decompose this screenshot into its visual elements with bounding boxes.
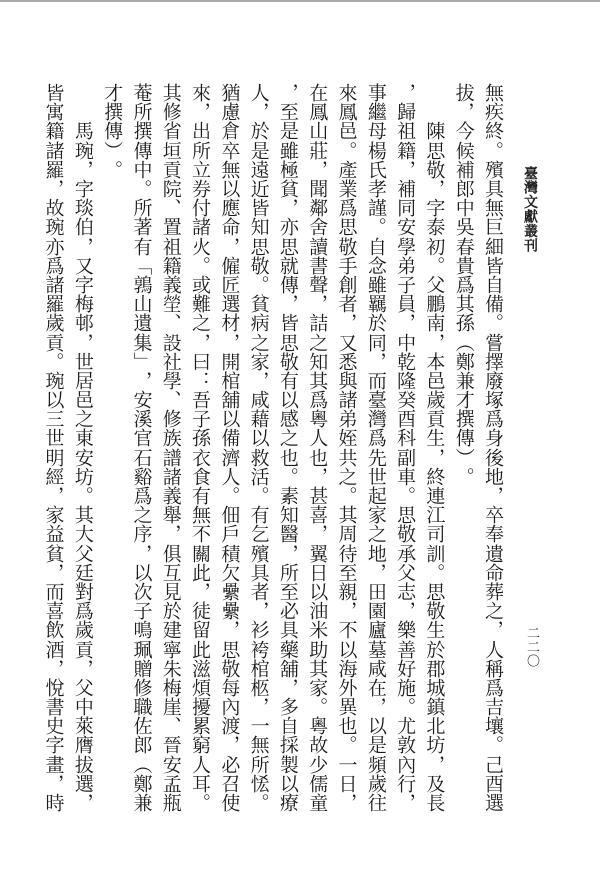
character: 鄭 (448, 352, 477, 371)
character: ， (419, 332, 448, 351)
character: 本 (419, 352, 448, 371)
character: 救 (243, 448, 272, 467)
character: 傳 (448, 428, 477, 447)
character: 書 (38, 697, 67, 716)
character: 殯 (478, 160, 507, 179)
character: 敬 (214, 659, 243, 678)
character: 貢 (38, 332, 67, 351)
character: 珮 (126, 639, 155, 658)
character: 少 (302, 755, 331, 774)
character: 與 (331, 371, 360, 390)
character: ， (361, 563, 390, 582)
character: ， (390, 313, 419, 332)
character: 家 (243, 352, 272, 371)
character: 產 (331, 160, 360, 179)
character: 敦 (390, 735, 419, 754)
character: 爲 (302, 390, 331, 409)
character: 藉 (243, 409, 272, 428)
character: 晉 (155, 735, 184, 754)
character: 悉 (331, 352, 360, 371)
character: 備 (478, 294, 507, 313)
character: 。 (331, 141, 360, 160)
character: 皆 (478, 256, 507, 275)
character: 羅 (38, 160, 67, 179)
character: 歲 (68, 620, 97, 639)
character: 待 (331, 544, 360, 563)
character: 巨 (478, 217, 507, 236)
character: 飲 (38, 620, 67, 639)
character: 補 (390, 179, 419, 198)
character: 病 (243, 313, 272, 332)
character: 匠 (214, 275, 243, 294)
character: 皆 (38, 83, 67, 102)
character: 不 (185, 524, 214, 543)
character: ， (185, 332, 214, 351)
character: 著 (126, 217, 155, 236)
character: 寧 (155, 639, 184, 658)
character: 之 (331, 467, 360, 486)
character: 灣 (361, 409, 390, 428)
character: 田 (361, 582, 390, 601)
character: 坊 (68, 467, 97, 486)
character: 翼 (302, 544, 331, 563)
character: 貢 (68, 639, 97, 658)
character: 葬 (478, 582, 507, 601)
character: 琰 (68, 198, 97, 217)
character: 候 (448, 141, 477, 160)
character: 奉 (478, 524, 507, 543)
character: 訓 (419, 544, 448, 563)
character: 敬 (419, 160, 448, 179)
text-column: 陳思敬，字泰初。父鵬南，本邑歲貢生，終連江司訓。思敬生於郡城鎮北坊，及長 (419, 83, 448, 813)
character: 以 (243, 428, 272, 447)
character: 初 (419, 237, 448, 256)
character: 思 (419, 582, 448, 601)
character: 拔 (448, 83, 477, 102)
character: 春 (448, 237, 477, 256)
character: 三 (38, 409, 67, 428)
character: 弟 (331, 409, 360, 428)
character: 山 (126, 294, 155, 313)
character: 邑 (331, 121, 360, 140)
character: 故 (302, 735, 331, 754)
character: 具 (243, 563, 272, 582)
character: 司 (419, 524, 448, 543)
character: 而 (38, 582, 67, 601)
character: 乾 (390, 352, 419, 371)
character: 諸 (185, 217, 214, 236)
character: 鵬 (419, 294, 448, 313)
text-column: 猶慮倉卒無以應命，僱匠選材，開棺舖以備濟人。佃戶積欠纍纍，思敬每內渡，必召使 (214, 83, 243, 813)
character: 。 (185, 256, 214, 275)
character: 籍 (155, 256, 184, 275)
character: 、 (155, 313, 184, 332)
character: 其 (331, 505, 360, 524)
character: 亦 (273, 217, 302, 236)
character: 開 (214, 352, 243, 371)
character: 萊 (68, 716, 97, 735)
character: ， (68, 160, 97, 179)
character: 族 (155, 428, 184, 447)
character: 省 (155, 121, 184, 140)
character: 人 (214, 467, 243, 486)
character: 。 (331, 486, 360, 505)
character: 母 (361, 121, 390, 140)
character: 喜 (38, 601, 67, 620)
character: ， (38, 774, 67, 793)
character: 。 (97, 160, 126, 179)
character: 塚 (478, 390, 507, 409)
character: 泰 (419, 217, 448, 236)
character: 佃 (214, 505, 243, 524)
character: 以 (331, 639, 360, 658)
character: 其 (68, 505, 97, 524)
character: 郎 (448, 179, 477, 198)
character: 琬 (38, 217, 67, 236)
character: 人 (478, 639, 507, 658)
character: 也 (302, 448, 331, 467)
character: 自 (478, 275, 507, 294)
character: 欠 (214, 563, 243, 582)
character: 而 (361, 371, 390, 390)
character: 貢 (419, 409, 448, 428)
character: 往 (361, 793, 390, 812)
character: 終 (419, 467, 448, 486)
character: ， (302, 160, 331, 179)
text-column: 皆寓籍諸羅，故琬亦爲諸羅歲貢。琬以三世明經，家益貧，而喜飲酒，悅書史字畫，時 (38, 83, 67, 813)
character: 、 (155, 390, 184, 409)
character: 素 (273, 486, 302, 505)
character: 戶 (214, 524, 243, 543)
character: 纍 (214, 582, 243, 601)
character: 油 (302, 601, 331, 620)
character: （ (126, 755, 155, 774)
character: 知 (243, 217, 272, 236)
character: 家 (302, 678, 331, 697)
character: 孫 (185, 428, 214, 447)
character: 舖 (273, 659, 302, 678)
character: 鳳 (302, 102, 331, 121)
character: 卒 (478, 505, 507, 524)
character: 石 (126, 448, 155, 467)
character: 疾 (478, 102, 507, 121)
character: 廬 (361, 620, 390, 639)
character: 廢 (478, 371, 507, 390)
character: 安 (126, 390, 155, 409)
character: ， (68, 332, 97, 351)
character: 所 (243, 755, 272, 774)
character: 敬 (419, 601, 448, 620)
character: 爲 (38, 256, 67, 275)
character: ， (331, 793, 360, 812)
character: 乞 (243, 524, 272, 543)
character: 棺 (214, 371, 243, 390)
character: 備 (214, 428, 243, 447)
character: 吉 (478, 697, 507, 716)
character: 其 (302, 371, 331, 390)
character: ， (419, 448, 448, 467)
character: 舖 (214, 390, 243, 409)
character: 命 (478, 563, 507, 582)
character: ， (185, 102, 214, 121)
character: 祖 (390, 121, 419, 140)
character: 共 (331, 448, 360, 467)
text-column: 才撰傳）。 (97, 83, 126, 813)
text-column: 其修省垣貢院、置祖籍義塋、設社學、修族譜諸義舉，俱互見於建寧朱梅崖、晉安孟瓶 (155, 83, 184, 813)
character: 中 (68, 697, 97, 716)
character: 。 (185, 793, 214, 812)
running-head-title: 臺灣文獻叢刊 (521, 166, 539, 252)
character: 墓 (361, 639, 390, 658)
character: 。 (302, 697, 331, 716)
character: 序 (126, 524, 155, 543)
character: 極 (273, 160, 302, 179)
character: 纍 (214, 601, 243, 620)
character: 一 (243, 716, 272, 735)
character: 此 (185, 563, 214, 582)
character: 同 (390, 198, 419, 217)
character: ， (448, 102, 477, 121)
character: 及 (419, 774, 448, 793)
character: 材 (214, 313, 243, 332)
character: 。 (68, 486, 97, 505)
character: 雖 (361, 275, 390, 294)
character: 每 (214, 678, 243, 697)
character: 殯 (243, 544, 272, 563)
character: 之 (302, 332, 331, 351)
character: 其 (155, 83, 184, 102)
character: 諸 (38, 275, 67, 294)
character: 耳 (185, 774, 214, 793)
character: 有 (273, 371, 302, 390)
character: 於 (419, 639, 448, 658)
character: 己 (478, 755, 507, 774)
character: 羈 (361, 294, 390, 313)
character: 以 (38, 390, 67, 409)
character: ， (243, 601, 272, 620)
character: ， (243, 371, 272, 390)
character: 使 (214, 793, 243, 812)
text-column: ，歸祖籍，補同安學弟子員，中乾隆癸酉科副車。思敬承父志，樂善好施。尤敦內行， (390, 83, 419, 813)
character: 難 (185, 294, 214, 313)
character: 鳳 (331, 102, 360, 121)
character: 是 (243, 141, 272, 160)
character: 地 (361, 544, 390, 563)
character: 創 (331, 275, 360, 294)
character: 字 (38, 735, 67, 754)
character: 谿 (126, 467, 155, 486)
character: 施 (390, 678, 419, 697)
character: 同 (361, 332, 390, 351)
character: 其 (302, 659, 331, 678)
character: 職 (126, 697, 155, 716)
character: 爲 (478, 409, 507, 428)
character: 所 (273, 563, 302, 582)
character: 子 (390, 275, 419, 294)
character: 此 (185, 639, 214, 658)
character: 世 (38, 428, 67, 447)
character: 日 (331, 774, 360, 793)
character: 選 (214, 294, 243, 313)
character: 廷 (68, 563, 97, 582)
character: 建 (155, 620, 184, 639)
character: 益 (38, 524, 67, 543)
character: 粵 (302, 409, 331, 428)
character: 梅 (155, 678, 184, 697)
character: ） (97, 141, 126, 160)
character: 陳 (419, 121, 448, 140)
character: 科 (390, 428, 419, 447)
character: ， (38, 486, 67, 505)
character: 對 (68, 582, 97, 601)
character: 遠 (243, 160, 272, 179)
character: 「 (126, 256, 155, 275)
character: 之 (243, 332, 272, 351)
character: ， (214, 237, 243, 256)
character: 貢 (155, 160, 184, 179)
character: 隆 (390, 371, 419, 390)
character: 貧 (243, 294, 272, 313)
character: 事 (361, 83, 390, 102)
character: 一 (331, 755, 360, 774)
character: 擇 (478, 352, 507, 371)
character: 兼 (126, 793, 155, 812)
character: 舍 (302, 217, 331, 236)
character: 無 (243, 735, 272, 754)
character: 字 (419, 198, 448, 217)
character: 家 (361, 505, 390, 524)
character: 生 (419, 620, 448, 639)
character: 療 (273, 793, 302, 812)
character: 遺 (126, 313, 155, 332)
character: 員 (390, 294, 419, 313)
character: ， (273, 678, 302, 697)
character: ， (478, 620, 507, 639)
character: ） (448, 448, 477, 467)
character: 人 (185, 755, 214, 774)
character: 窮 (185, 735, 214, 754)
character: 梅 (68, 294, 97, 313)
character: 關 (185, 544, 214, 563)
character: 人 (302, 428, 331, 447)
character: 猶 (214, 83, 243, 102)
vertical-text-body: 無疾終。殯具無巨細皆自備。嘗擇廢塚爲身後地，卒奉遺命葬之，人稱爲吉壤。己酉選 拔… (38, 83, 507, 823)
character: 柩 (243, 678, 272, 697)
character: 義 (155, 275, 184, 294)
character: 籍 (38, 121, 67, 140)
character: 癸 (390, 390, 419, 409)
character: 經 (38, 467, 67, 486)
character: 。 (331, 735, 360, 754)
character: 之 (185, 313, 214, 332)
character: 知 (302, 352, 331, 371)
character: 郎 (126, 735, 155, 754)
text-column: 菴所撰傳中。所著有「鶉山遺集」，安溪官石谿爲之序，以次子鳴珮贈修職佐郎（鄭兼 (126, 83, 155, 813)
character: 衫 (243, 620, 272, 639)
character: 壤 (478, 716, 507, 735)
character: 爲 (478, 678, 507, 697)
character: 瓶 (155, 793, 184, 812)
character: 業 (331, 179, 360, 198)
character: 命 (214, 217, 243, 236)
character: 世 (68, 352, 97, 371)
character: 無 (478, 198, 507, 217)
character: 崖 (155, 697, 184, 716)
character: 童 (302, 793, 331, 812)
text-column: 馬琬，字琰伯，又字梅邨，世居邑之東安坊。其大父廷對爲歲貢，父中萊膺拔選， (68, 83, 97, 813)
character: 讀 (302, 237, 331, 256)
character: ， (273, 198, 302, 217)
character: ， (331, 313, 360, 332)
character: （ (448, 332, 477, 351)
character: 稱 (478, 659, 507, 678)
text-column: 在鳳山莊，聞鄰舍讀書聲，詰之知其爲粵人也，甚喜，翼日以油米助其家。粵故少儒童 (302, 83, 331, 813)
text-column: 事繼母楊氏孝謹。自念雖羈於同，而臺灣爲先世起家之地，田園廬墓咸在，以是頻歲往 (361, 83, 390, 813)
character: 北 (419, 716, 448, 735)
character: 邨 (68, 313, 97, 332)
character: 孟 (155, 774, 184, 793)
character: ， (126, 371, 155, 390)
character: 就 (273, 256, 302, 275)
character: 莊 (302, 141, 331, 160)
character: 倉 (214, 121, 243, 140)
character: 思 (390, 505, 419, 524)
character: 終 (478, 121, 507, 140)
character: 至 (331, 563, 360, 582)
character: 。 (390, 697, 419, 716)
character: 酉 (478, 774, 507, 793)
character: 連 (419, 486, 448, 505)
character: 卒 (214, 141, 243, 160)
character: ， (185, 582, 214, 601)
character: 中 (390, 332, 419, 351)
character: 山 (302, 121, 331, 140)
character: 伯 (68, 217, 97, 236)
character: 內 (214, 697, 243, 716)
character: ， (126, 544, 155, 563)
character: 無 (214, 160, 243, 179)
character: 貧 (38, 544, 67, 563)
character: ， (273, 544, 302, 563)
character: 諸 (38, 141, 67, 160)
character: 坊 (419, 735, 448, 754)
character: 留 (185, 620, 214, 639)
character: 爲 (126, 486, 155, 505)
character: 繼 (361, 102, 390, 121)
character: 之 (273, 428, 302, 447)
character: 中 (448, 198, 477, 217)
character: 有 (185, 486, 214, 505)
character: 兼 (448, 371, 477, 390)
text-column: 來鳳邑。產業爲思敬手創者，又悉與諸弟姪共之。其周待至親，不以海外異也。一日， (331, 83, 360, 813)
character: 敬 (273, 352, 302, 371)
character: 溪 (126, 409, 155, 428)
character: 父 (68, 678, 97, 697)
character: 謹 (361, 198, 390, 217)
character: 必 (273, 601, 302, 620)
character: 醫 (273, 524, 302, 543)
character: ， (68, 793, 97, 812)
character: 皆 (243, 198, 272, 217)
character: 藥 (273, 639, 302, 658)
character: 、 (155, 716, 184, 735)
character: 今 (448, 121, 477, 140)
character: 親 (331, 582, 360, 601)
character: 儒 (302, 774, 331, 793)
character: 。 (243, 793, 272, 812)
character: 樂 (390, 620, 419, 639)
character: 尤 (390, 716, 419, 735)
